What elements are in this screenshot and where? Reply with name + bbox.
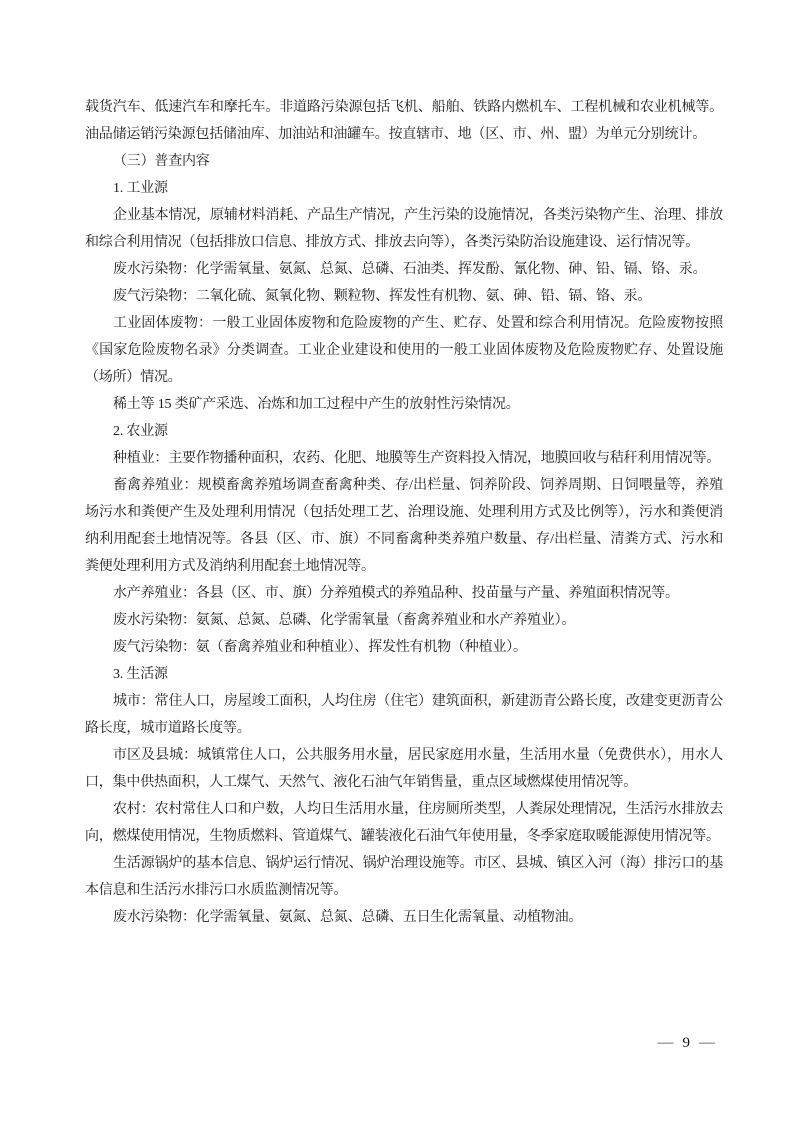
- heading-census-content: （三）普查内容: [85, 148, 723, 175]
- para-mobile-source-continuation: 载货汽车、低速汽车和摩托车。非道路污染源包括飞机、船舶、铁路内燃机车、工程机械和…: [85, 94, 723, 148]
- para-domestic-wastewater-pollutants: 废水污染物：化学需氧量、氨氮、总氮、总磷、五日生化需氧量、动植物油。: [85, 904, 723, 931]
- document-page: 载货汽车、低速汽车和摩托车。非道路污染源包括飞机、船舶、铁路内燃机车、工程机械和…: [0, 0, 800, 1131]
- heading-3-domestic-source: 3. 生活源: [85, 661, 723, 688]
- heading-2-agricultural-source: 2. 农业源: [85, 418, 723, 445]
- page-footer: — 9 —: [658, 1031, 716, 1055]
- page-number: 9: [683, 1035, 691, 1052]
- para-urban: 城市：常住人口，房屋竣工面积，人均住房（住宅）建筑面积，新建沥青公路长度，改建变…: [85, 688, 723, 742]
- para-livestock-poultry: 畜禽养殖业：规模畜禽养殖场调查畜禽种类、存/出栏量、饲养阶段、饲养周期、日饲喂量…: [85, 472, 723, 580]
- heading-1-industrial-source: 1. 工业源: [85, 175, 723, 202]
- footer-dash-right: —: [699, 1035, 715, 1051]
- para-rare-earth-radioactive: 稀土等 15 类矿产采选、冶炼和加工过程中产生的放射性污染情况。: [85, 391, 723, 418]
- para-industrial-waste-gas-pollutants: 废气污染物：二氧化硫、氮氧化物、颗粒物、挥发性有机物、氨、砷、铅、镉、铬、汞。: [85, 283, 723, 310]
- para-industrial-solid-waste: 工业固体废物：一般工业固体废物和危险废物的产生、贮存、处置和综合利用情况。危险废…: [85, 310, 723, 391]
- para-domestic-boiler-outfall: 生活源锅炉的基本信息、锅炉运行情况、锅炉治理设施等。市区、县城、镇区入河（海）排…: [85, 850, 723, 904]
- para-city-district-county: 市区及县城：城镇常住人口，公共服务用水量，居民家庭用水量，生活用水量（免费供水）…: [85, 742, 723, 796]
- para-agricultural-waste-gas-pollutants: 废气污染物：氨（畜禽养殖业和种植业）、挥发性有机物（种植业）。: [85, 634, 723, 661]
- para-rural: 农村：农村常住人口和户数，人均日生活用水量，住房厕所类型，人粪尿处理情况，生活污…: [85, 796, 723, 850]
- page-text-block: 载货汽车、低速汽车和摩托车。非道路污染源包括飞机、船舶、铁路内燃机车、工程机械和…: [85, 94, 723, 931]
- footer-dash-left: —: [658, 1035, 674, 1051]
- para-enterprise-basics: 企业基本情况，原辅材料消耗、产品生产情况，产生污染的设施情况，各类污染物产生、治…: [85, 202, 723, 256]
- para-industrial-wastewater-pollutants: 废水污染物：化学需氧量、氨氮、总氮、总磷、石油类、挥发酚、氰化物、砷、铅、镉、铬…: [85, 256, 723, 283]
- para-planting-industry: 种植业：主要作物播种面积，农药、化肥、地膜等生产资料投入情况，地膜回收与秸秆利用…: [85, 445, 723, 472]
- para-agricultural-wastewater-pollutants: 废水污染物：氨氮、总氮、总磷、化学需氧量（畜禽养殖业和水产养殖业）。: [85, 607, 723, 634]
- para-aquaculture: 水产养殖业：各县（区、市、旗）分养殖模式的养殖品种、投苗量与产量、养殖面积情况等…: [85, 580, 723, 607]
